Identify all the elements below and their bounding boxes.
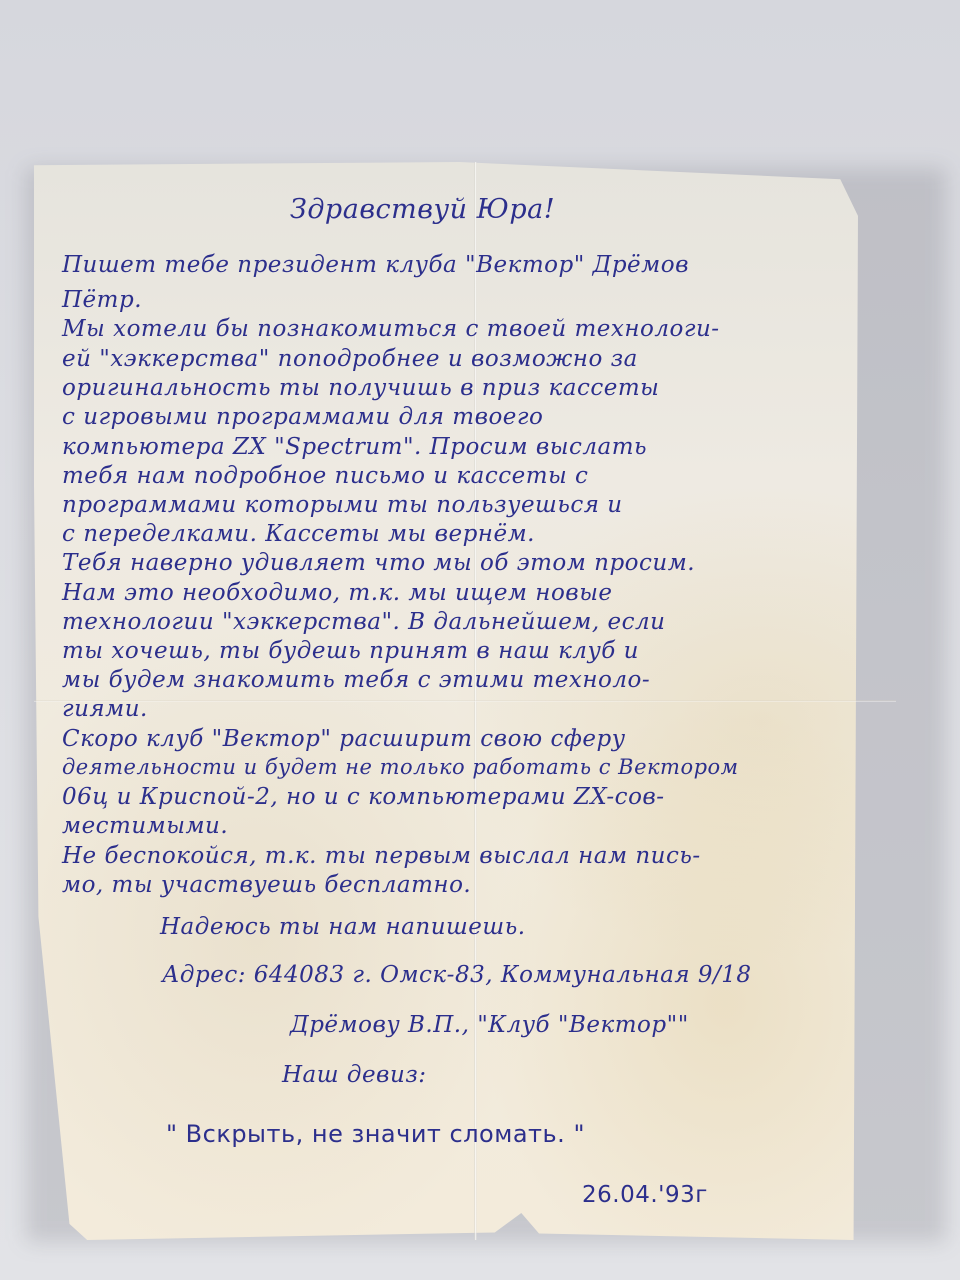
letter-line: мо, ты участвуешь бесплатно. [62, 874, 471, 897]
letter-line: местимыми. [62, 815, 228, 838]
letter-line: деятельности и будет не только работать … [62, 757, 739, 778]
letter-line: Скоро клуб "Вектор" расширит свою сферу [62, 728, 626, 751]
recipient-name: Дрёмову В.П., "Клуб "Вектор"" [290, 1014, 689, 1037]
club-motto: " Вскрыть, не значит сломать. " [166, 1122, 585, 1146]
letter-line: оригинальность ты получишь в приз кассет… [62, 377, 659, 400]
horizontal-fold-crease [34, 700, 896, 702]
letter-line: компьютера ZX "Spectrum". Просим выслать [62, 436, 647, 459]
letter-line: Нам это необходимо, т.к. мы ищем новые [62, 582, 613, 605]
letter-line: Не беспокойся, т.к. ты первым выслал нам… [62, 845, 701, 868]
letter-line: ты хочешь, ты будешь принят в наш клуб и [62, 640, 639, 663]
letter-line: мы будем знакомить тебя с этими техноло- [62, 669, 650, 692]
letter-line: тебя нам подробное письмо и кассеты с [62, 465, 588, 488]
motto-label: Наш девиз: [282, 1064, 427, 1087]
letter-line: ей "хэккерства" поподробнее и возможно з… [62, 348, 638, 371]
letter-closing: Надеюсь ты нам напишешь. [160, 916, 526, 939]
letter-line: технологии "хэккерства". В дальнейшем, е… [62, 611, 665, 634]
letter-line: Пишет тебе президент клуба "Вектор" Дрём… [62, 254, 689, 277]
letter-line: Мы хотели бы познакомиться с твоей техно… [62, 318, 720, 341]
letter-line: 06ц и Криспой-2, но и с компьютерами ZX-… [62, 786, 665, 809]
letter-line: гиями. [62, 698, 148, 721]
return-address: Адрес: 644083 г. Омск-83, Коммунальная 9… [162, 964, 752, 987]
letter-line: с игровыми программами для твоего [62, 406, 543, 429]
letter-line: Пётр. [62, 289, 142, 312]
letter-line: программами которыми ты пользуешься и [62, 494, 623, 517]
letter-greeting: Здравствуй Юра! [290, 196, 555, 223]
letter-line: с переделками. Кассеты мы вернём. [62, 523, 535, 546]
letter-date: 26.04.'93г [582, 1184, 708, 1207]
letter-line: Тебя наверно удивляет что мы об этом про… [62, 552, 695, 575]
